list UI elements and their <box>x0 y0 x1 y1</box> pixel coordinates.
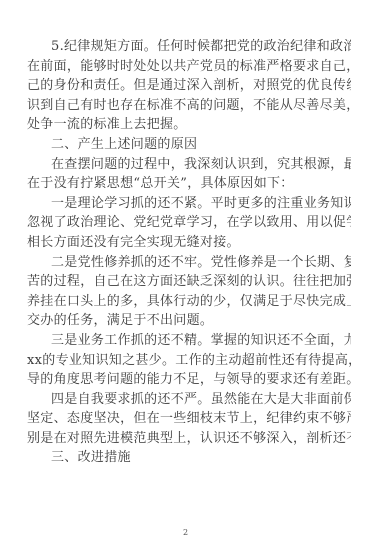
page-number: 2 <box>0 528 371 537</box>
paragraph-line: 一是理论学习抓的还不紧。平时更多的注重业务知识的学习， <box>27 194 351 214</box>
section-heading-measures: 三、改进措施 <box>27 448 351 468</box>
paragraph-line: 在查摆问题的过程中，我深刻认识到，究其根源，最根本的 <box>27 155 351 175</box>
paragraph-line: 5.纪律规矩方面。任何时候都把党的政治纪律和政治规矩摆 <box>27 37 351 57</box>
paragraph-line: 坚定、态度坚决，但在一些细枝末节上，纪律约束不够严格，特 <box>27 409 351 429</box>
document-page: 5.纪律规矩方面。任何时候都把党的政治纪律和政治规矩摆 在前面，能够时时处处以共… <box>27 37 351 468</box>
paragraph-line: 在前面，能够时时处处以共产党员的标准严格要求自己，牢记自 <box>27 57 351 77</box>
paragraph-line: 己的身份和责任。但是通过深入剖析，对照党的优良传统，也认 <box>27 76 351 96</box>
paragraph-line: 在于没有拧紧思想“总开关”，具体原因如下： <box>27 174 351 194</box>
paragraph-line: 处争一流的标准上去把握。 <box>27 115 351 135</box>
section-heading-causes: 二、产生上述问题的原因 <box>27 135 351 155</box>
paragraph-line: 忽视了政治理论、党纪党章学习，在学以致用、用以促学、学用 <box>27 213 351 233</box>
paragraph-line: 识到自己有时也存在标准不高的问题，不能从尽善尽美，时时处 <box>27 96 351 116</box>
paragraph-line: 相长方面还没有完全实现无缝对接。 <box>27 233 351 253</box>
paragraph-line: xx的专业知识知之甚少。工作的主动超前性还有待提高，站在领 <box>27 351 351 371</box>
paragraph-line: 苦的过程，自己在这方面还缺乏深刻的认识。往往把加强党性修 <box>27 272 351 292</box>
paragraph-line: 交办的任务，满足于不出问题。 <box>27 311 351 331</box>
paragraph-line: 导的角度思考问题的能力不足，与领导的要求还有差距。 <box>27 370 351 390</box>
paragraph-line: 养挂在口头上的多，具体行动的少，仅满足于尽快完成上级领导 <box>27 292 351 312</box>
paragraph-line: 四是自我要求抓的还不严。虽然能在大是大非面前保持立场 <box>27 390 351 410</box>
paragraph-line: 二是党性修养抓的还不牢。党性修养是一个长期、复杂而艰 <box>27 253 351 273</box>
paragraph-line: 三是业务工作抓的还不精。掌握的知识还不全面，尤其是对 <box>27 331 351 351</box>
paragraph-line: 别是在对照先进模范典型上，认识还不够深入，剖析还不够深刻。 <box>27 429 351 449</box>
